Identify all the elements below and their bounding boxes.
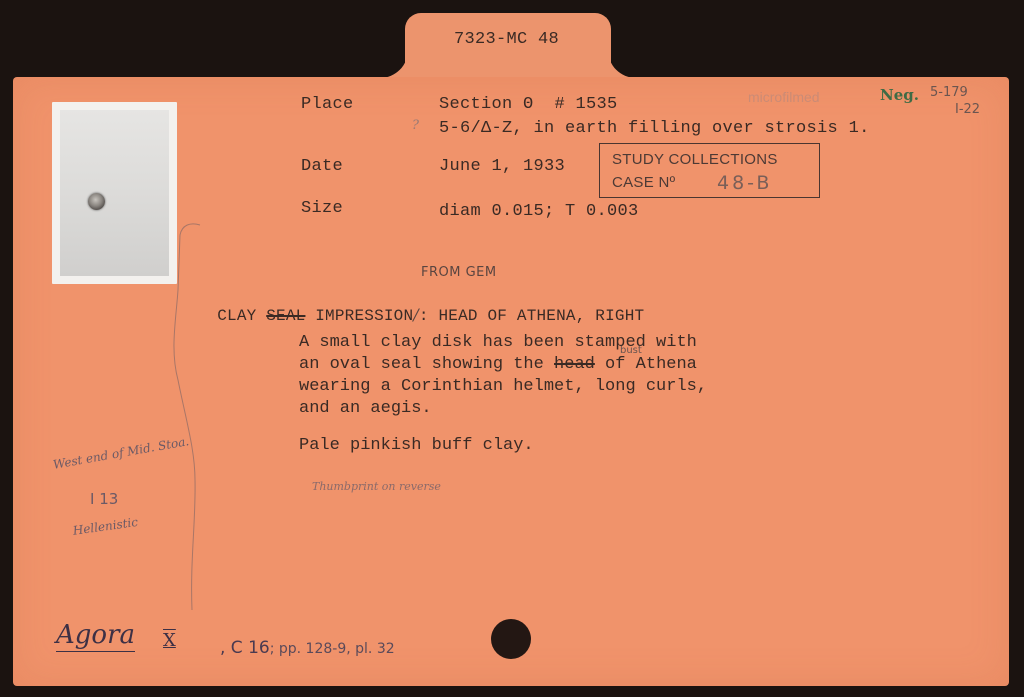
size-label: Size (301, 199, 343, 218)
description-line-2: an oval seal showing the head of Athena (299, 354, 707, 376)
title-struck-seal: SEAL (266, 307, 305, 325)
study-collections-stamp: STUDY COLLECTIONS CASE Nº 48-B (599, 143, 820, 198)
margin-note-inventory: I 13 (90, 490, 118, 508)
reference-series: Agora (56, 620, 135, 652)
case-number-value: 48-B (717, 172, 772, 194)
description-line-2-start: an oval seal showing the (299, 355, 554, 374)
reference-volume: X (163, 630, 176, 651)
description-struck-head: head (554, 355, 595, 374)
date-label: Date (301, 157, 343, 176)
catalog-number: 7323-MC 48 (454, 30, 559, 49)
clay-description: Pale pinkish buff clay. (299, 436, 534, 455)
place-label: Place (301, 95, 354, 114)
neg-stamp: Neg. (880, 86, 919, 104)
pencil-note-thumbprint: Thumbprint on reverse (312, 480, 441, 493)
title-word-clay: CLAY (217, 307, 266, 325)
photo-background (60, 110, 169, 276)
description-line-2-end: of Athena (595, 355, 697, 374)
study-collections-label: STUDY COLLECTIONS (612, 151, 778, 168)
insertion-from-gem: FROM GEM (421, 265, 497, 280)
neg-roll: I-22 (955, 102, 980, 117)
reference-volume-number: X (163, 630, 176, 651)
reference-citation: , C 16; pp. 128-9, pl. 32 (220, 638, 395, 658)
punch-hole (491, 619, 531, 659)
microfilmed-stamp: microfilmed (748, 89, 820, 105)
place-findspot: 5-6/Δ-Z, in earth filling over strosis 1… (439, 119, 870, 138)
title-word-impression: IMPRESSION (305, 307, 413, 325)
place-section: Section Θ # 1535 (439, 95, 618, 114)
neg-number: 5-179 (930, 85, 968, 100)
description: A small clay disk has been stamped with … (299, 332, 707, 420)
index-card-scan: 7323-MC 48 Place Date Size Section Θ # 1… (0, 0, 1024, 697)
title-subject: : HEAD OF ATHENA, RIGHT (419, 307, 644, 325)
tab-corner-right (608, 48, 638, 78)
object-photo (52, 102, 177, 284)
description-line-4: and an aegis. (299, 398, 707, 420)
place-query-mark: ? (412, 118, 419, 133)
reference-catalog: , C 16 (220, 638, 270, 658)
tab-corner-left (378, 48, 408, 78)
seal-impression-image (88, 193, 105, 210)
size-value: diam 0.015; T 0.003 (439, 202, 639, 221)
reference-pages: ; pp. 128-9, pl. 32 (270, 641, 395, 657)
case-number-label: CASE Nº (612, 174, 675, 191)
description-line-1: A small clay disk has been stamped with (299, 332, 707, 354)
description-line-3: wearing a Corinthian helmet, long curls, (299, 376, 707, 398)
date-value: June 1, 1933 (439, 157, 565, 176)
